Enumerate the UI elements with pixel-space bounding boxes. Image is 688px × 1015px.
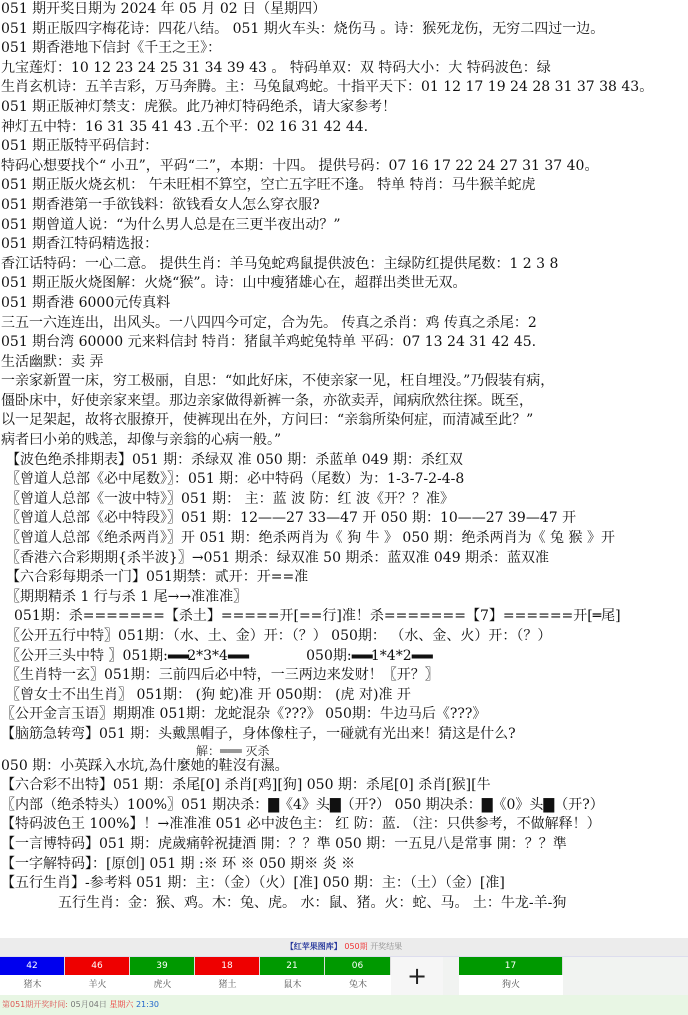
three-head-label: 〖公开三头中特 〗051期: bbox=[6, 648, 168, 664]
ball-3: 39 虎火 bbox=[130, 957, 195, 995]
text-line: 〖期期精杀 1 行与杀 1 尾→→准准准〗 bbox=[0, 588, 688, 608]
text-line: 九宝莲灯：10 12 23 24 25 31 34 39 43 。 特码单双：双… bbox=[0, 59, 688, 79]
draw-result-panel: 【红苹果图库】 050期 开奖结果 42 猪木 46 羊火 39 虎火 18 猪… bbox=[0, 938, 688, 1015]
text-line: 050 期：小英踩入水坑,為什麼她的鞋沒有濕。 bbox=[0, 757, 688, 777]
text-line: 〖内部（绝杀特头）100%〗051 期决杀：▇《4》头▇（开?） 050 期决杀… bbox=[0, 796, 688, 816]
text-line: 051 期香江特码精选报： bbox=[0, 235, 688, 255]
result-caption: 开奖结果 bbox=[370, 942, 402, 951]
ball-1: 42 猪木 bbox=[0, 957, 65, 995]
text-line: 生肖玄机诗：五羊吉彩，万马奔腾。主：马兔鼠鸡蛇。十指平天下：01 12 17 1… bbox=[0, 78, 688, 98]
ball-number: 39 bbox=[130, 957, 195, 975]
text-line: 〖公开五行中特〗051期：（水、土、金）开：（？） 050期： （水、金、火）开… bbox=[0, 627, 688, 647]
bar-block: ▬▬▬ bbox=[412, 648, 431, 664]
lottery-document: 051 期开奖日期为 2024 年 05 月 02 日（星期四） 051 期正版… bbox=[0, 0, 688, 913]
text-line: 051 期曾道人说：“为什么男人总是在三更半夜出动？” bbox=[0, 216, 688, 236]
ball-4: 18 猪土 bbox=[195, 957, 260, 995]
text-line: 〖香港六合彩期期{杀半波}〗→051 期杀：绿双准 50 期杀：蓝双准 049 … bbox=[0, 549, 688, 569]
text-line: 051 期正版火烧玄机： 午未旺相不算空，空亡五字旺不逢。 特单 特肖：马牛猴羊… bbox=[0, 176, 688, 196]
bar-block: ▬▬▬ bbox=[228, 648, 247, 664]
ball-label: 鼠木 bbox=[260, 975, 325, 995]
text-line: 【六合彩每期杀一门】051期禁：贰开：开==准 bbox=[0, 568, 688, 588]
ball-label: 虎火 bbox=[130, 975, 195, 995]
story-line: 僵卧床中，好使亲家来望。那边亲家做得新裤一条，亦欲卖弄，闻病欣然往探。既至， bbox=[0, 392, 688, 412]
text-line: 051 期香港第一手欲钱料：欲钱看女人怎么穿衣服? bbox=[0, 196, 688, 216]
text-line: 特码心想要找个“ 小丑”，平码“二”，本期：十四。 提供号码：07 16 17 … bbox=[0, 157, 688, 177]
ball-label: 兔木 bbox=[325, 975, 391, 995]
text-line: 051 期香港地下信封《千王之王》： bbox=[0, 39, 688, 59]
bar-block: ▬▬▬ bbox=[352, 648, 371, 664]
special-ball-label: 狗火 bbox=[459, 975, 563, 995]
special-ball: 17 狗火 bbox=[459, 957, 563, 995]
ball-number: 18 bbox=[195, 957, 260, 975]
ball-5: 21 鼠木 bbox=[260, 957, 325, 995]
special-ball-number: 17 bbox=[459, 957, 563, 975]
text-line: 051 期台湾 60000 元来料信封 特肖：猪鼠羊鸡蛇兔特单 平码：07 13… bbox=[0, 333, 688, 353]
text-line: 051 期正版火烧图解：火烧“猴”。诗：山中瘦猪雄心在，超群出类世无双。 bbox=[0, 274, 688, 294]
text-line: 【一字解特码】：[原创] 051 期 :※ 环 ※ 050 期※ 炎 ※ bbox=[0, 855, 688, 875]
text-line: 〖生肖特一玄〗051期：三前四后必中特，一三两边来发财！〖开？〗 bbox=[0, 666, 688, 686]
text-line: 【一言博特码】051 期：虎歲痛幹祝捷酒 開：？？準 050 期：一五見八是常事… bbox=[0, 835, 688, 855]
next-draw-date: 05月04日 bbox=[71, 1000, 107, 1009]
three-head-value-051: 2*3*4 bbox=[187, 648, 228, 664]
ball-label: 猪木 bbox=[0, 975, 65, 995]
text-line: 【五行生肖】-参考料 051 期：主：（金）（火）[准] 050 期：主：（土）… bbox=[0, 874, 688, 894]
text-line: 051 期香港 6000元传真料 bbox=[0, 294, 688, 314]
ball-number: 42 bbox=[0, 957, 65, 975]
spacer bbox=[443, 957, 459, 995]
text-line: 〖公开金言玉语〗期期准 051期：龙蛇混杂《???》 050期：牛边马后《???… bbox=[0, 705, 688, 725]
next-draw-prefix: 第051期开奖时间: bbox=[2, 1000, 68, 1009]
text-line: 〖曾女士不出生肖〗 051期： (狗 蛇)准 开 050期： (虎 对)准 开 bbox=[0, 686, 688, 706]
ball-number: 21 bbox=[260, 957, 325, 975]
panel-footer: 第051期开奖时间: 05月04日 星期六 21:30 bbox=[0, 995, 688, 1015]
ball-number: 46 bbox=[65, 957, 130, 975]
text-line: 〖曾道人总部《一波中特》〗051 期： 主：蓝 波 防：红 波《开？？准》 bbox=[0, 490, 688, 510]
text-line: 【脑筋急转弯】051 期：头戴黑帽子，身体像柱子，一碰就有光出来！猜这是什么? bbox=[0, 725, 688, 745]
text-line: 051 期正版神灯禁支：虎猴。此乃神灯特码绝杀，请大家参考！ bbox=[0, 98, 688, 118]
ball-label: 羊火 bbox=[65, 975, 130, 995]
story-line: 以一足架起，故将衣服撩开，使裤现出在外，方问曰：“亲翁所染何症，而清减至此？” bbox=[0, 411, 688, 431]
story-line: 病者曰小弟的贱恙，却像与亲翁的心病一般。” bbox=[0, 431, 688, 451]
text-line: 051 期正版特平码信封： bbox=[0, 137, 688, 157]
ball-row: 42 猪木 46 羊火 39 虎火 18 猪土 21 鼠木 06 兔木 + 17 bbox=[0, 957, 688, 995]
text-line: 【特码波色王 100%】！→准准准 051 必中波色主： 红 防：蓝. （注：只… bbox=[0, 815, 688, 835]
three-head-label-050: 050期: bbox=[306, 648, 351, 664]
text-line: 生活幽默：卖 弄 bbox=[0, 353, 688, 373]
story-line: 一亲家新置一床，穷工极丽，自思：“如此好床，不使亲家一见，枉自埋没。”乃假装有病… bbox=[0, 372, 688, 392]
ball-number: 06 bbox=[325, 957, 391, 975]
text-line: 三五一六连连出，出风头。一八四四今可定，合为先。 传真之杀肖：鸡 传真之杀尾：2 bbox=[0, 314, 688, 334]
next-draw-weekday: 星期六 bbox=[109, 1000, 133, 1009]
text-line: 051期：杀=======【杀土】=====开[==行]准！杀=======【7… bbox=[0, 607, 688, 627]
ball-label: 猪土 bbox=[195, 975, 260, 995]
text-line: 〖曾道人总部《绝杀两肖》〗开 051 期：绝杀两肖为《 狗 牛 》 050 期：… bbox=[0, 529, 688, 549]
next-draw-time: 21:30 bbox=[136, 1000, 159, 1009]
text-line: 051 期正版四字梅花诗：四花八结。 051 期火车头：烧伤马 。诗：猴死龙伤，… bbox=[0, 20, 688, 40]
text-line: 〖曾道人总部《必中特段》〗051 期：12——27 33—47 开 050 期：… bbox=[0, 509, 688, 529]
ball-2: 46 羊火 bbox=[65, 957, 130, 995]
text-line: 五行生肖：金：猴、鸡。木：兔、虎。 水：鼠、猪。火：蛇、马。 土：牛龙-羊-狗 bbox=[0, 894, 688, 914]
text-line: 〖曾道人总部《必中尾数》〗：051 期：必中特码（尾数）为：1-3-7-2-4-… bbox=[0, 470, 688, 490]
brand-link[interactable]: 【红苹果图库】 bbox=[286, 942, 342, 951]
text-line: 051 期开奖日期为 2024 年 05 月 02 日（星期四） bbox=[0, 0, 688, 20]
text-line: 【波色绝杀排期表】051 期：杀绿双 准 050 期：杀蓝单 049 期：杀红双 bbox=[0, 451, 688, 471]
text-line: 【六合彩不出特】051 期：杀尾[0] 杀肖[鸡][狗] 050 期：杀尾[0]… bbox=[0, 776, 688, 796]
three-head-line: 〖公开三头中特 〗051期:▬▬▬2*3*4▬▬▬ 050期:▬▬▬1*4*2▬… bbox=[0, 647, 688, 667]
plus-sign: + bbox=[391, 957, 443, 995]
panel-header: 【红苹果图库】 050期 开奖结果 bbox=[0, 938, 688, 957]
riddle-answer: 解：═══ 灭杀 bbox=[0, 745, 688, 757]
text-line: 神灯五中特：16 31 35 41 43 .五个平：02 16 31 42 44… bbox=[0, 118, 688, 138]
ball-6: 06 兔木 bbox=[325, 957, 391, 995]
text-line: 香江话特码：一心二意。 提供生肖：羊马兔蛇鸡鼠提供波色：主绿防红提供尾数：1 2… bbox=[0, 255, 688, 275]
three-head-value-050: 1*4*2 bbox=[371, 648, 412, 664]
bar-block: ▬▬▬ bbox=[168, 648, 187, 664]
plus-icon: + bbox=[391, 957, 443, 995]
issue-number: 050期 bbox=[344, 942, 367, 951]
